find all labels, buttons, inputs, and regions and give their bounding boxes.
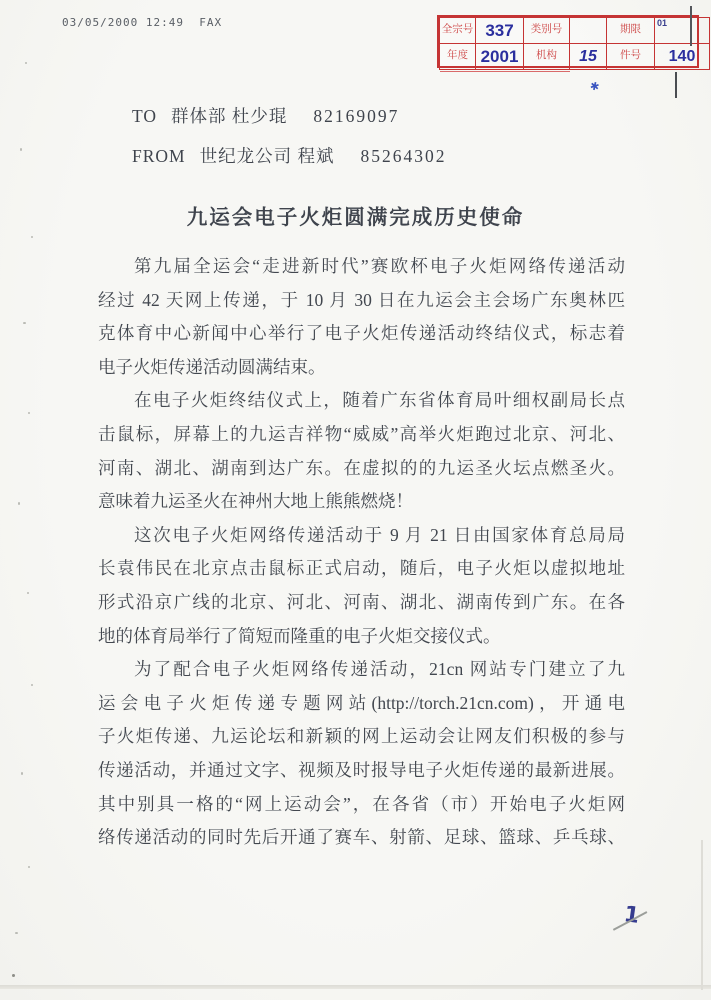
body-line: 形式沿京广线的北京、河北、河南、湖北、湖南传到广东。在各 [98,586,625,620]
body-line: 击鼠标，屏幕上的九运吉祥物“威威”高举火炬跑过北京、河北、 [98,418,625,452]
stamp-value-category-no [570,18,607,44]
stamp-label-item-no: 件号 [607,44,655,70]
stamp-value-retention: 01 [655,18,710,44]
body-line: 河南、湖北、湖南到达广东。在虚拟的的九运圣火坛点燃圣火。 [98,452,625,486]
to-phone: 82169097 [313,106,399,126]
fax-noise [31,684,33,686]
scan-edge-line [690,6,692,46]
body-line: 长袁伟民在北京点击鼠标正式启动，随后，电子火炬以虚拟地址 [98,552,625,586]
body-line: 子火炬传递、九运论坛和新颖的网上运动会让网友们积极的参与 [98,720,625,754]
pen-mark-icon: ✱ [589,79,601,94]
from-label: FROM [132,146,186,166]
ink-tick-mark [675,72,677,98]
stamp-label-year: 年度 [440,44,476,70]
fax-noise [12,974,15,977]
document-title: 九运会电子火炬圆满完成历史使命 [0,200,711,230]
scan-shadow-bottom [0,985,711,989]
stamp-value-year: 2001 [476,44,524,70]
archive-stamp: 全宗号 337 类别号 期限 01 年度 2001 机构 15 件号 140 [437,15,699,68]
fax-noise [25,62,27,64]
stamp-outer-line [440,71,570,72]
body-line: 意味着九运圣火在神州大地上熊熊燃烧！ [98,485,625,519]
stamp-value-organization: 15 [570,44,607,70]
archive-stamp-grid: 全宗号 337 类别号 期限 01 年度 2001 机构 15 件号 140 [439,17,710,70]
stamp-label-category-no: 类别号 [524,18,570,44]
body-line: 地的体育局举行了简短而隆重的电子火炬交接仪式。 [98,620,625,654]
body-line: 经过 42 天网上传递，于 10 月 30 日在九运会主会场广东奥林匹 [98,284,625,318]
body-line: 在电子火炬终结仪式上，随着广东省体育局叶细权副局长点 [98,384,625,418]
body-line: 运会电子火炬传递专题网站(http://torch.21cn.com)，开通电 [98,687,625,721]
from-phone: 85264302 [360,146,446,166]
scanned-fax-page: 03/05/2000 12:49 FAX 全宗号 337 类别号 期限 01 年… [0,0,711,1000]
stamp-value-fond-no: 337 [476,18,524,44]
stamp-label-retention: 期限 [607,18,655,44]
body-line: 电子火炬传递活动圆满结束。 [98,351,625,385]
body-line: 传递活动，并通过文字、视频及时报导电子火炬传递的最新进展。 [98,754,625,788]
body-line: 络传递活动的同时先后开通了赛车、射箭、足球、篮球、乒乓球、 [98,821,625,855]
body-line: 这次电子火炬网络传递活动于 9 月 21 日由国家体育总局局 [98,519,625,553]
body-line: 克体育中心新闻中心举行了电子火炬传递活动终结仪式，标志着 [98,317,625,351]
fax-noise [27,592,29,594]
stamp-label-organization: 机构 [524,44,570,70]
fax-timestamp: 03/05/2000 12:49 FAX [62,16,222,29]
to-recipient: 群体部 杜少琨 [171,106,287,126]
fax-noise [28,866,30,868]
fax-noise [28,412,30,414]
fax-noise [21,772,23,775]
stamp-row: 全宗号 337 类别号 期限 01 [440,18,710,44]
to-label: TO [132,106,157,126]
scan-shadow-right [701,840,703,990]
fax-noise [15,932,18,934]
stamp-label-fond-no: 全宗号 [440,18,476,44]
from-sender: 世纪龙公司 程斌 [200,146,335,166]
from-line: FROM世纪龙公司 程斌85264302 [132,136,446,176]
body-line: 第九届全运会“走进新时代”赛欧杯电子火炬网络传递活动 [98,250,625,284]
body-line: 为了配合电子火炬网络传递活动，21cn 网站专门建立了九 [98,653,625,687]
stamp-row: 年度 2001 机构 15 件号 140 [440,44,710,70]
document-body: 第九届全运会“走进新时代”赛欧杯电子火炬网络传递活动 经过 42 天网上传递，于… [98,250,625,855]
to-from-block: TO群体部 杜少琨82169097 FROM世纪龙公司 程斌85264302 [132,96,446,176]
fax-noise [18,502,20,505]
fax-noise [20,148,22,151]
fax-noise [23,322,26,324]
stamp-value-item-no: 140 [655,44,710,70]
to-line: TO群体部 杜少琨82169097 [132,96,446,136]
fax-noise [31,236,33,238]
body-line: 其中别具一格的“网上运动会”，在各省（市）开始电子火炬网 [98,788,625,822]
